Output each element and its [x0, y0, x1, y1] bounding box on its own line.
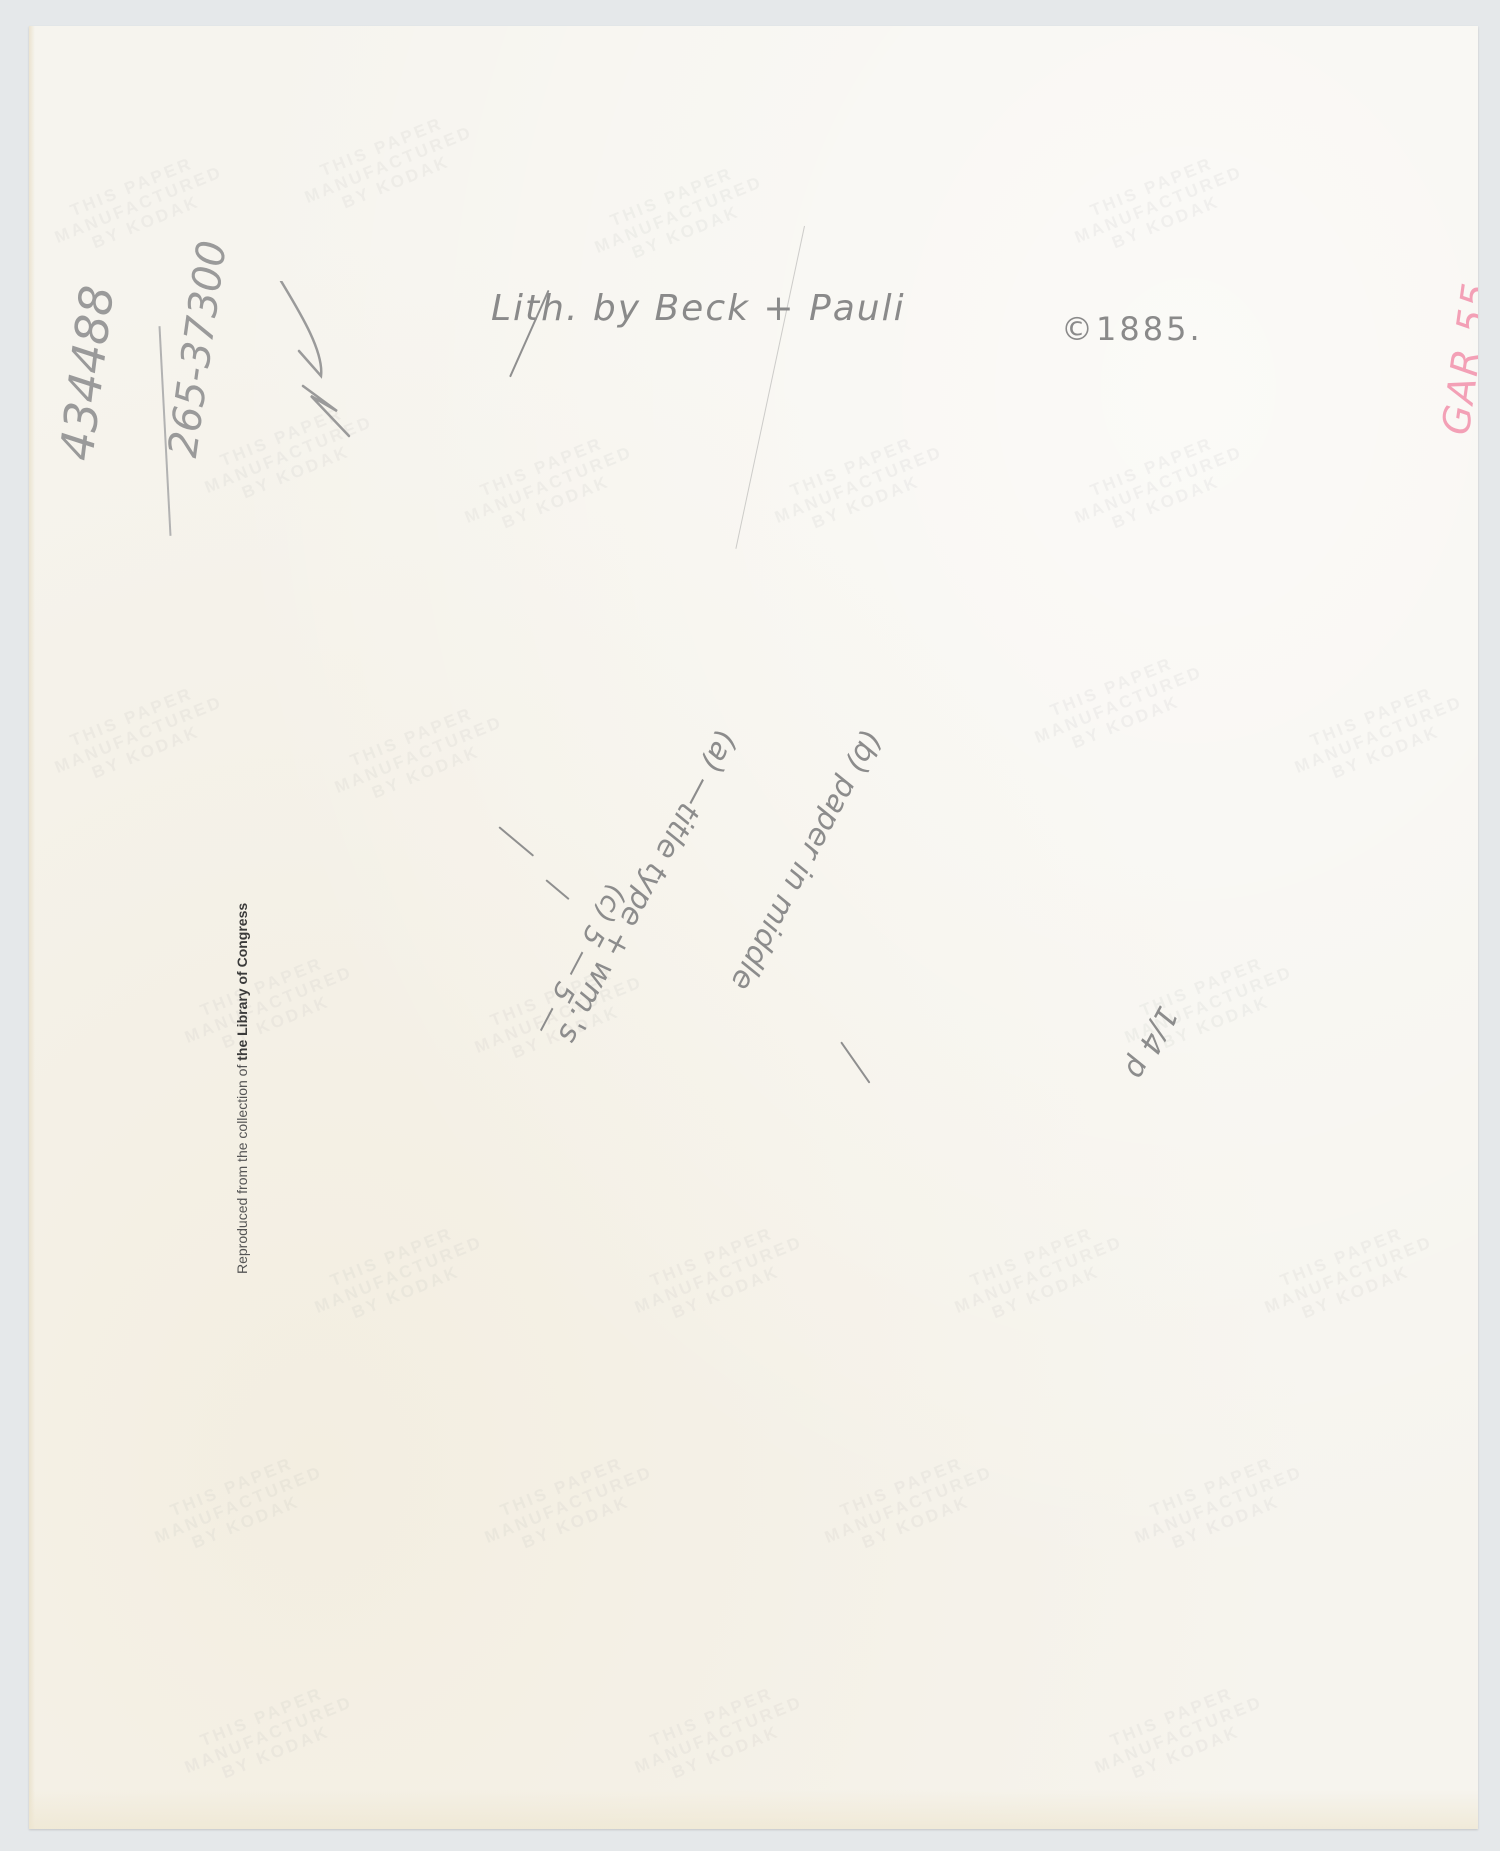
stamp-institution: the Library of Congress [234, 903, 250, 1061]
kodak-watermark: THIS PAPER MANUFACTURED BY KODAK [175, 944, 363, 1064]
kodak-watermark: THIS PAPER MANUFACTURED BY KODAK [175, 1674, 363, 1794]
pencil-slash [545, 879, 569, 900]
kodak-watermark: THIS PAPER MANUFACTURED BY KODAK [945, 1214, 1133, 1334]
pencil-note-a: (a) —title type + wm.'s [550, 725, 744, 1049]
pink-catalog-code: GAR 55 [1434, 279, 1478, 438]
lithographer-note: Lith. by Beck + Pauli [491, 288, 906, 329]
kodak-watermark: THIS PAPER MANUFACTURED BY KODAK [1255, 1214, 1443, 1334]
kodak-watermark: THIS PAPER MANUFACTURED BY KODAK [325, 694, 513, 814]
paper-edge [29, 26, 35, 1829]
paper-edge [29, 1789, 1478, 1829]
pencil-note-b: (b) paper in middle [723, 725, 889, 996]
kodak-watermark: THIS PAPER MANUFACTURED BY KODAK [1025, 644, 1213, 764]
initials-mark [279, 281, 359, 441]
kodak-watermark: THIS PAPER MANUFACTURED BY KODAK [305, 1214, 493, 1334]
kodak-watermark: THIS PAPER MANUFACTURED BY KODAK [145, 1444, 333, 1564]
stamp-prefix: Reproduced from the collection of [234, 1061, 250, 1274]
pencil-note-portion: 1/4 p [1117, 1000, 1184, 1084]
pencil-slash [498, 826, 534, 856]
pencil-slash [840, 1041, 870, 1083]
kodak-watermark: THIS PAPER MANUFACTURED BY KODAK [45, 674, 233, 794]
copyright-date-note: ©1885. [1061, 310, 1203, 348]
kodak-watermark: THIS PAPER MANUFACTURED BY KODAK [475, 1444, 663, 1564]
kodak-watermark: THIS PAPER MANUFACTURED BY KODAK [1125, 1444, 1313, 1564]
kodak-watermark: THIS PAPER MANUFACTURED BY KODAK [455, 424, 643, 544]
kodak-watermark: THIS PAPER MANUFACTURED BY KODAK [295, 104, 483, 224]
kodak-watermark: THIS PAPER MANUFACTURED BY KODAK [1065, 144, 1253, 264]
call-number: 265-37300 [160, 238, 236, 460]
scan-canvas: THIS PAPER MANUFACTURED BY KODAK THIS PA… [0, 0, 1500, 1851]
kodak-watermark: THIS PAPER MANUFACTURED BY KODAK [1285, 674, 1473, 794]
kodak-watermark: THIS PAPER MANUFACTURED BY KODAK [765, 424, 953, 544]
kodak-watermark: THIS PAPER MANUFACTURED BY KODAK [585, 154, 773, 274]
accession-number: 434488 [49, 283, 124, 464]
pencil-guide-line [735, 226, 805, 549]
kodak-watermark: THIS PAPER MANUFACTURED BY KODAK [1085, 1674, 1273, 1794]
kodak-watermark: THIS PAPER MANUFACTURED BY KODAK [625, 1674, 813, 1794]
kodak-watermark: THIS PAPER MANUFACTURED BY KODAK [815, 1444, 1003, 1564]
kodak-watermark: THIS PAPER MANUFACTURED BY KODAK [1065, 424, 1253, 544]
library-of-congress-stamp: Reproduced from the collection of the Li… [234, 804, 250, 1274]
kodak-watermark: THIS PAPER MANUFACTURED BY KODAK [625, 1214, 813, 1334]
photo-print-verso: THIS PAPER MANUFACTURED BY KODAK THIS PA… [29, 26, 1478, 1829]
